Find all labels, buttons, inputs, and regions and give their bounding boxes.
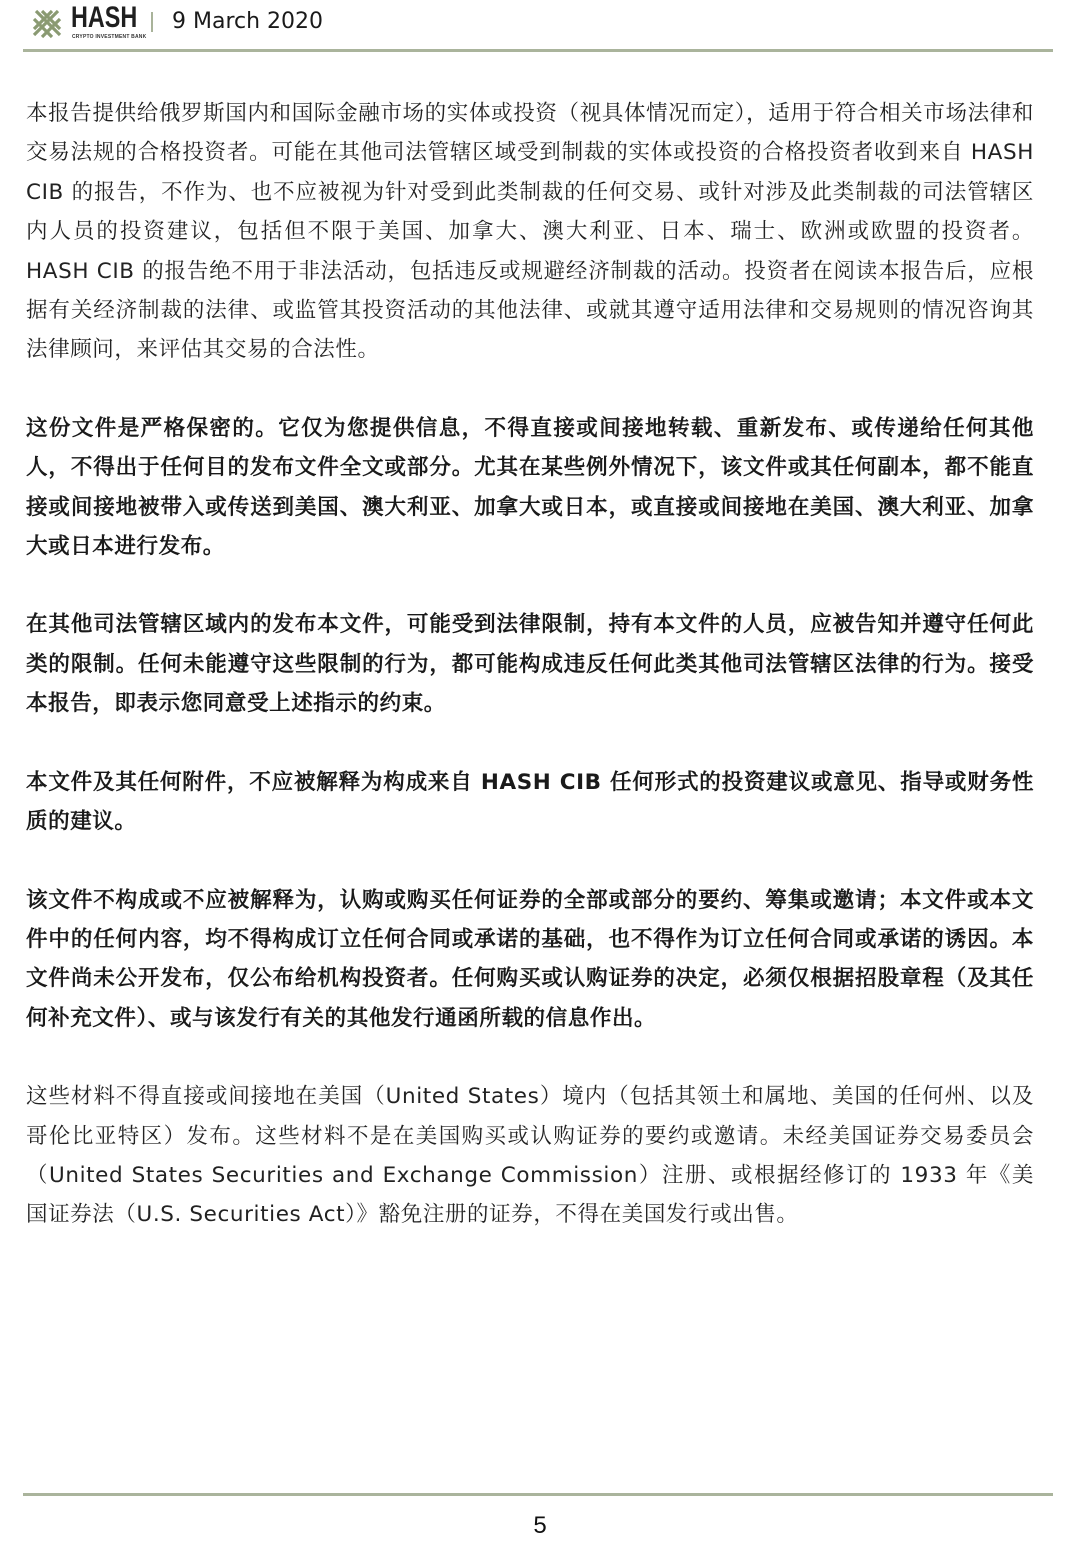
header-divider [23, 49, 1053, 52]
hash-logo: HASH CRYPTO INVESTMENT BANK [30, 4, 140, 42]
disclaimer-body: 本报告提供给俄罗斯国内和国际金融市场的实体或投资（视具体情况而定），适用于符合相… [26, 94, 1034, 1274]
disclaimer-paragraph-no-advice: 本文件及其任何附件，不应被解释为构成来自 HASH CIB 任何形式的投资建议或… [26, 763, 1034, 842]
disclaimer-paragraph-us-securities: 这些材料不得直接或间接地在美国（United States）境内（包括其领土和属… [26, 1077, 1034, 1235]
disclaimer-paragraph-no-offer: 该文件不构成或不应被解释为，认购或购买任何证券的全部或部分的要约、筹集或邀请；本… [26, 881, 1034, 1039]
report-date: 9 March 2020 [172, 8, 323, 36]
header-separator [151, 12, 153, 32]
disclaimer-paragraph-distribution: 本报告提供给俄罗斯国内和国际金融市场的实体或投资（视具体情况而定），适用于符合相… [26, 94, 1034, 370]
footer-divider [23, 1493, 1053, 1496]
disclaimer-paragraph-confidential: 这份文件是严格保密的。它仅为您提供信息，不得直接或间接地转载、重新发布、或传递给… [26, 409, 1034, 567]
page-number: 5 [0, 1512, 1080, 1540]
hash-lattice-icon [32, 9, 62, 39]
logo-tagline: CRYPTO INVESTMENT BANK [72, 34, 146, 40]
disclaimer-paragraph-jurisdiction: 在其他司法管辖区域内的发布本文件，可能受到法律限制，持有本文件的人员，应被告知并… [26, 605, 1034, 723]
page-header: HASH CRYPTO INVESTMENT BANK 9 March 2020 [0, 0, 1080, 52]
logo-wordmark: HASH [71, 1, 137, 35]
